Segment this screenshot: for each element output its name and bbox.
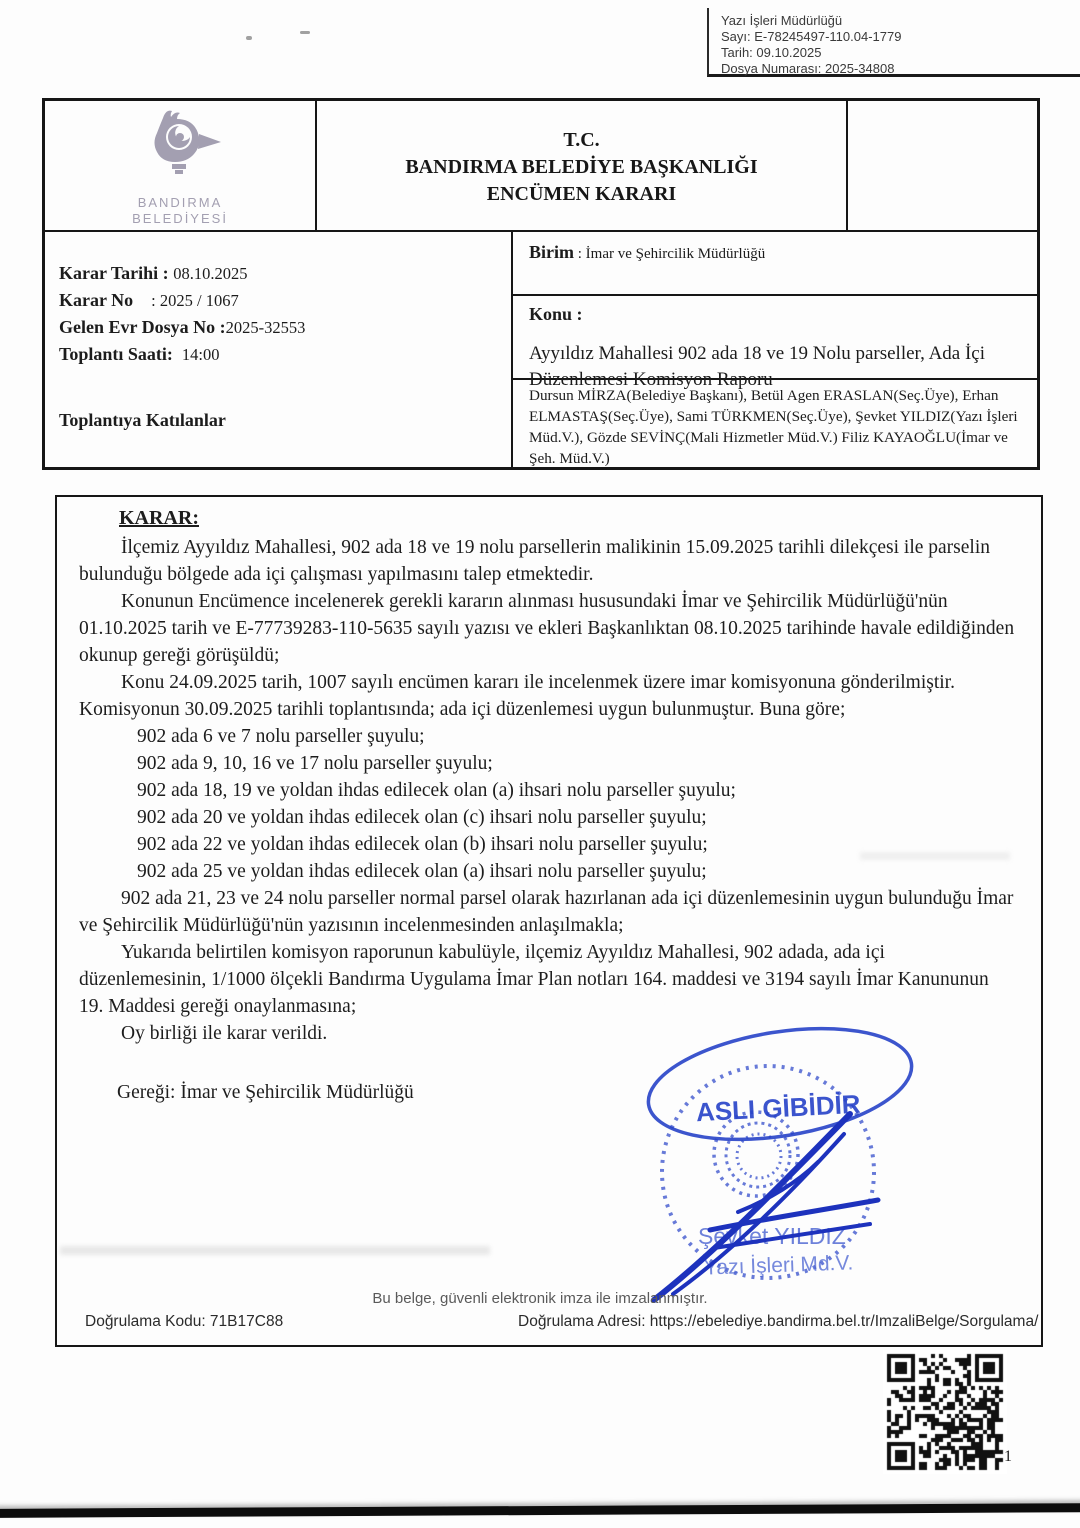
logo-caption: BANDIRMA BELEDİYESİ [125, 195, 235, 227]
document-header-table: BANDIRMA BELEDİYESİ T.C. BANDIRMA BELEDİ… [42, 98, 1040, 470]
karar-tarihi-label: Karar Tarihi : [59, 263, 169, 283]
karar-tarihi-value: 08.10.2025 [173, 264, 247, 283]
letterhead-sayi: Sayı: E-78245497-110.04-1779 [721, 29, 1080, 45]
verification-code: Doğrulama Kodu: 71B17C88 [85, 1313, 283, 1331]
meta-row-karar-tarihi: Karar Tarihi : 08.10.2025 [59, 260, 501, 287]
birim-value: : İmar ve Şehircilik Müdürlüğü [578, 246, 765, 262]
attendees-label: Toplantıya Katılanlar [59, 410, 226, 430]
logo-caption-line2: BELEDİYESİ [125, 211, 235, 227]
karar-no-label: Karar No [59, 290, 133, 310]
birim-cell: Birim : İmar ve Şehircilik Müdürlüğü [513, 232, 1040, 296]
parcel-list-item: 902 ada 18, 19 ve yoldan ihdas edilecek … [137, 777, 1015, 804]
scan-edge-bar [0, 1503, 1080, 1518]
esign-note: Bu belge, güvenli elektronik imza ile im… [0, 1290, 1080, 1307]
konu-label: Konu : [529, 304, 583, 324]
attendees-label-cell: Toplantıya Katılanlar [45, 380, 513, 467]
meta-row-toplanti-saati: Toplantı Saati: 14:00 [59, 341, 501, 368]
decision-paragraph: 902 ada 21, 23 ve 24 nolu parseller norm… [79, 885, 1015, 939]
verification-address: Doğrulama Adresi: https://ebelediye.band… [518, 1313, 1038, 1331]
scan-smudge [60, 1246, 490, 1255]
toplanti-saati-value: 14:00 [182, 345, 220, 364]
asli-gibidir-stamp: ASLI GİBİDİR Şevket YILDIZ Yazı İşleri M… [618, 1022, 948, 1308]
parcel-list-item: 902 ada 20 ve yoldan ihdas edilecek olan… [137, 804, 1015, 831]
qr-code [883, 1350, 1007, 1474]
decision-paragraph: Yukarıda belirtilen komisyon raporunun k… [79, 939, 1015, 1020]
decision-paragraph: Konu 24.09.2025 tarih, 1007 sayılı encüm… [79, 669, 1015, 723]
decision-paragraph: Konunun Encümence incelenerek gerekli ka… [79, 588, 1015, 669]
parcel-list-item: 902 ada 6 ve 7 nolu parseller şuyulu; [137, 723, 1015, 750]
karar-no-value: : 2025 / 1067 [151, 291, 239, 310]
stamp-signer-title: Yazı İşleri Md.V. [704, 1251, 854, 1279]
meta-row-gelen-evr: Gelen Evr Dosya No :2025-32553 [59, 314, 501, 341]
toplanti-saati-label: Toplantı Saati: [59, 344, 173, 364]
header-empty-cell [848, 101, 1040, 232]
letterhead-tarih: Tarih: 09.10.2025 [721, 45, 1080, 61]
scan-smudge [860, 852, 1010, 860]
scanned-document-page: Yazı İşleri Müdürlüğü Sayı: E-78245497-1… [0, 0, 1080, 1528]
decision-heading: KARAR: [119, 505, 1015, 532]
parcel-list-item: 902 ada 25 ve yoldan ihdas edilecek olan… [137, 858, 1015, 885]
logo-cell: BANDIRMA BELEDİYESİ [45, 101, 317, 232]
title-organization: BANDIRMA BELEDİYE BAŞKANLIĞI [317, 154, 846, 181]
municipality-logo-icon [125, 104, 235, 190]
decision-meta-cell: Karar Tarihi : 08.10.2025 Karar No : 202… [45, 232, 513, 380]
attendees-value: Dursun MİRZA(Belediye Başkanı), Betül Ag… [529, 387, 1018, 467]
attendees-value-cell: Dursun MİRZA(Belediye Başkanı), Betül Ag… [513, 380, 1040, 467]
letterhead-dosya: Dosya Numarası: 2025-34808 [721, 61, 1080, 77]
parcel-list-item: 902 ada 9, 10, 16 ve 17 nolu parseller ş… [137, 750, 1015, 777]
page-number: 1 [1004, 1448, 1012, 1466]
letterhead-department: Yazı İşleri Müdürlüğü [721, 13, 1080, 29]
logo-caption-line1: BANDIRMA [125, 195, 235, 211]
pen-mark [300, 31, 310, 34]
pen-mark [246, 36, 252, 40]
decision-paragraph: İlçemiz Ayyıldız Mahallesi, 902 ada 18 v… [79, 534, 1015, 588]
konu-cell: Konu : Ayyıldız Mahallesi 902 ada 18 ve … [513, 296, 1040, 380]
stamp-certified-text: ASLI GİBİDİR [695, 1089, 861, 1128]
title-tc: T.C. [317, 127, 846, 154]
meta-row-karar-no: Karar No : 2025 / 1067 [59, 287, 501, 314]
birim-label: Birim [529, 242, 574, 262]
gelen-evr-label: Gelen Evr Dosya No : [59, 317, 226, 337]
title-cell: T.C. BANDIRMA BELEDİYE BAŞKANLIĞI ENCÜME… [317, 101, 848, 232]
title-document-type: ENCÜMEN KARARI [317, 181, 846, 208]
letterhead-registry-block: Yazı İşleri Müdürlüğü Sayı: E-78245497-1… [707, 8, 1080, 77]
gelen-evr-value: 2025-32553 [226, 318, 306, 337]
